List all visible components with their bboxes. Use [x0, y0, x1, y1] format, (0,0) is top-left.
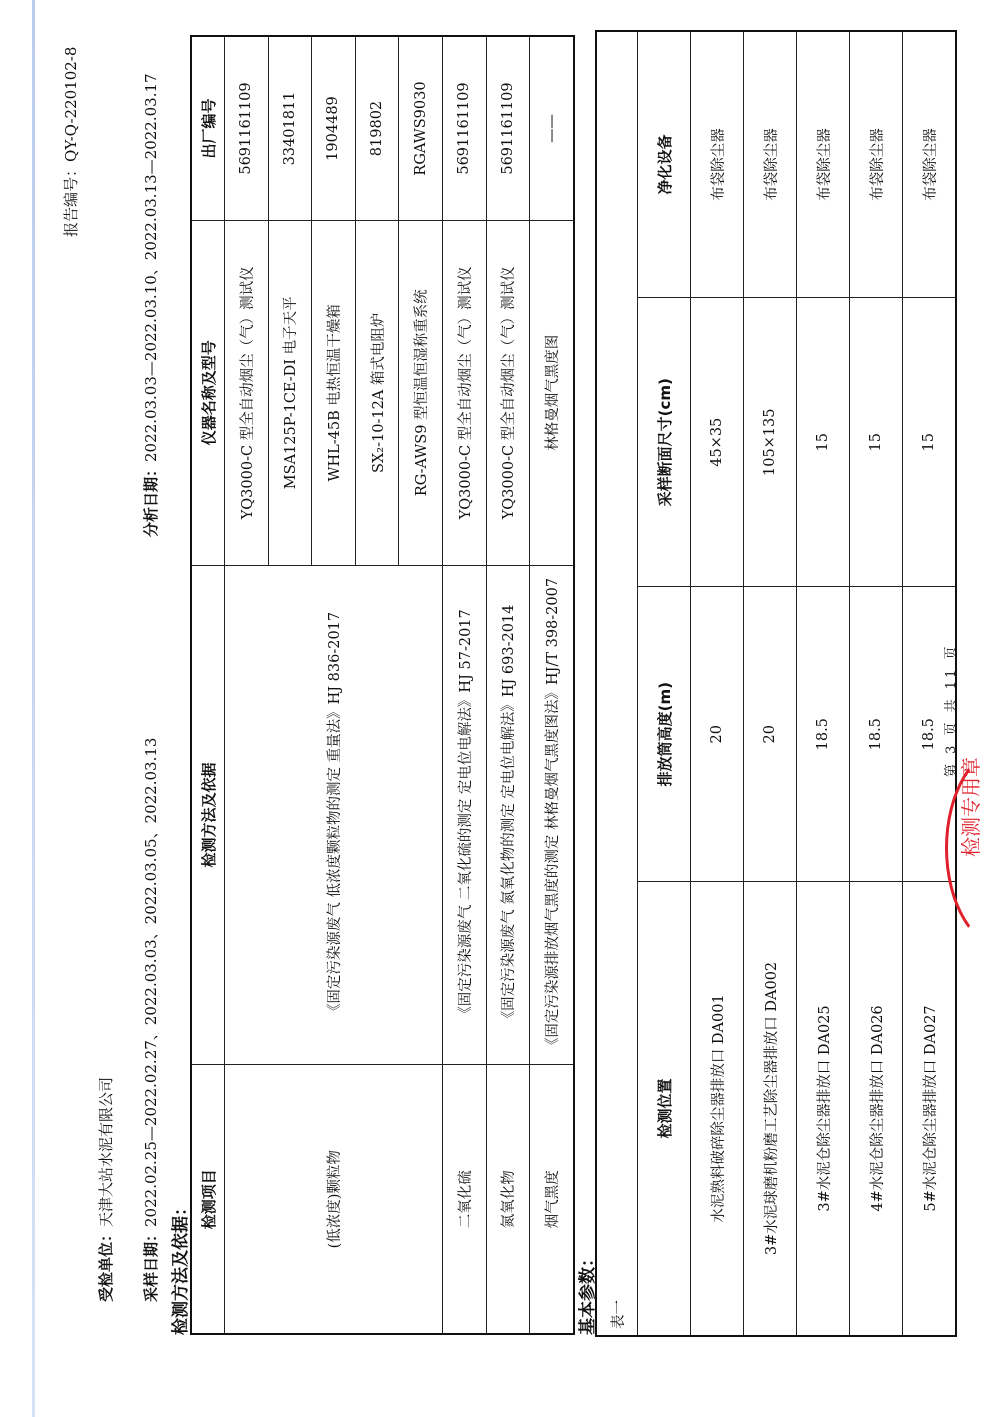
method-cell: 《固定污染源排放烟气黑度的测定 林格曼烟气黑度图法》HJ/T 398-2007 [530, 565, 574, 1065]
instrument-cell: SX₂-10-12A 箱式电阻炉 [355, 221, 399, 566]
analysis-date-line: 分析日期：2022.03.03—2022.03.10、2022.03.13—20… [140, 73, 161, 537]
equipment-cell: 布袋除尘器 [691, 31, 744, 297]
header-method: 检测方法及依据 [191, 565, 225, 1065]
table-row: 4#水泥仓除尘器排放口 DA026 18.5 15 布袋除尘器 [850, 31, 903, 1336]
report-page: 报告编号：QY-Q-220102-8 受检单位：天津大站水泥有限公司 采样日期：… [0, 0, 1000, 1417]
params-header-row: 检测位置 排放筒高度(m) 采样断面尺寸(cm) 净化设备 [638, 31, 691, 1336]
location-cell: 5#水泥仓除尘器排放口 DA027 [903, 881, 957, 1336]
report-number-value: QY-Q-220102-8 [62, 47, 80, 162]
client-label: 受检单位： [97, 1227, 115, 1302]
instrument-cell: WHL-45B 电热恒温干燥箱 [312, 221, 356, 566]
table-label: 表一 [596, 31, 638, 1336]
instrument-cell: RG-AWS9 型恒温恒湿称重系统 [399, 221, 443, 566]
equipment-cell: 布袋除尘器 [850, 31, 903, 297]
equipment-cell: 布袋除尘器 [744, 31, 797, 297]
location-cell: 3#水泥球磨机粉磨工艺除尘器排放口 DA002 [744, 881, 797, 1336]
instrument-cell: MSA125P-1CE-DI 电子天平 [268, 221, 312, 566]
instrument-cell: YQ3000-C 型全自动烟尘（气）测试仪 [486, 221, 530, 566]
serial-cell: 819802 [355, 36, 399, 221]
methods-header-row: 检测项目 检测方法及依据 仪器名称及型号 出厂编号 [191, 36, 225, 1334]
header-location: 检测位置 [638, 881, 691, 1336]
equipment-cell: 布袋除尘器 [797, 31, 850, 297]
table-row: 水泥熟料破碎除尘器排放口 DA001 20 45×35 布袋除尘器 [691, 31, 744, 1336]
header-instrument: 仪器名称及型号 [191, 221, 225, 566]
methods-table: 检测项目 检测方法及依据 仪器名称及型号 出厂编号 (低浓度)颗粒物 《固定污染… [190, 35, 575, 1335]
sampling-date-label: 采样日期： [142, 1227, 160, 1302]
height-cell: 20 [691, 587, 744, 881]
height-cell: 18.5 [797, 587, 850, 881]
location-cell: 水泥熟料破碎除尘器排放口 DA001 [691, 881, 744, 1336]
client-line: 受检单位：天津大站水泥有限公司 [95, 1077, 116, 1302]
method-cell: 《固定污染源废气 氮氧化物的测定 定电位电解法》HJ 693-2014 [486, 565, 530, 1065]
height-cell: 18.5 [850, 587, 903, 881]
report-number-label: 报告编号： [62, 162, 80, 237]
instrument-cell: YQ3000-C 型全自动烟尘（气）测试仪 [442, 221, 486, 566]
header-item: 检测项目 [191, 1065, 225, 1334]
section-cell: 15 [797, 297, 850, 587]
height-cell: 20 [744, 587, 797, 881]
header-equipment: 净化设备 [638, 31, 691, 297]
section-cell: 45×35 [691, 297, 744, 587]
serial-cell: 33401811 [268, 36, 312, 221]
method-cell: 《固定污染源废气 低浓度颗粒物的测定 重量法》HJ 836-2017 [225, 565, 443, 1065]
location-cell: 4#水泥仓除尘器排放口 DA026 [850, 881, 903, 1336]
table-row: 3#水泥仓除尘器排放口 DA025 18.5 15 布袋除尘器 [797, 31, 850, 1336]
item-cell: 二氧化硫 [442, 1065, 486, 1334]
table-row: 氮氧化物 《固定污染源废气 氮氧化物的测定 定电位电解法》HJ 693-2014… [486, 36, 530, 1334]
serial-cell: 5691161109 [486, 36, 530, 221]
analysis-date-value: 2022.03.03—2022.03.10、2022.03.13—2022.03… [142, 73, 160, 462]
item-cell: 烟气黑度 [530, 1065, 574, 1334]
instrument-cell: 林格曼烟气黑度图 [530, 221, 574, 566]
serial-cell: —— [530, 36, 574, 221]
sampling-date-value: 2022.02.25—2022.02.27、2022.03.03、2022.03… [142, 738, 160, 1227]
header-section-size: 采样断面尺寸(cm) [638, 297, 691, 587]
table-row: 烟气黑度 《固定污染源排放烟气黑度的测定 林格曼烟气黑度图法》HJ/T 398-… [530, 36, 574, 1334]
method-cell: 《固定污染源废气 二氧化硫的测定 定电位电解法》HJ 57-2017 [442, 565, 486, 1065]
equipment-cell: 布袋除尘器 [903, 31, 957, 297]
location-cell: 3#水泥仓除尘器排放口 DA025 [797, 881, 850, 1336]
serial-cell: 5691161109 [225, 36, 269, 221]
analysis-date-label: 分析日期： [142, 462, 160, 537]
sampling-date-line: 采样日期：2022.02.25—2022.02.27、2022.03.03、20… [140, 738, 161, 1302]
client-value: 天津大站水泥有限公司 [97, 1077, 115, 1227]
item-cell: 氮氧化物 [486, 1065, 530, 1334]
section-cell: 105×135 [744, 297, 797, 587]
red-stamp-text: 检测专用章 [955, 757, 984, 857]
section-cell: 15 [850, 297, 903, 587]
params-table: 表一 检测位置 排放筒高度(m) 采样断面尺寸(cm) 净化设备 水泥熟料破碎除… [595, 30, 957, 1337]
instrument-cell: YQ3000-C 型全自动烟尘（气）测试仪 [225, 221, 269, 566]
methods-section-title: 检测方法及依据： [166, 1199, 191, 1335]
header-serial: 出厂编号 [191, 36, 225, 221]
table-row: (低浓度)颗粒物 《固定污染源废气 低浓度颗粒物的测定 重量法》HJ 836-2… [225, 36, 269, 1334]
report-number: 报告编号：QY-Q-220102-8 [60, 47, 81, 237]
table-label-row: 表一 [596, 31, 638, 1336]
section-cell: 15 [903, 297, 957, 587]
item-cell: (低浓度)颗粒物 [225, 1065, 443, 1334]
serial-cell: 1904489 [312, 36, 356, 221]
serial-cell: 5691161109 [442, 36, 486, 221]
header-stack-height: 排放筒高度(m) [638, 587, 691, 881]
serial-cell: RGAWS9030 [399, 36, 443, 221]
table-row: 二氧化硫 《固定污染源废气 二氧化硫的测定 定电位电解法》HJ 57-2017 … [442, 36, 486, 1334]
table-row: 3#水泥球磨机粉磨工艺除尘器排放口 DA002 20 105×135 布袋除尘器 [744, 31, 797, 1336]
